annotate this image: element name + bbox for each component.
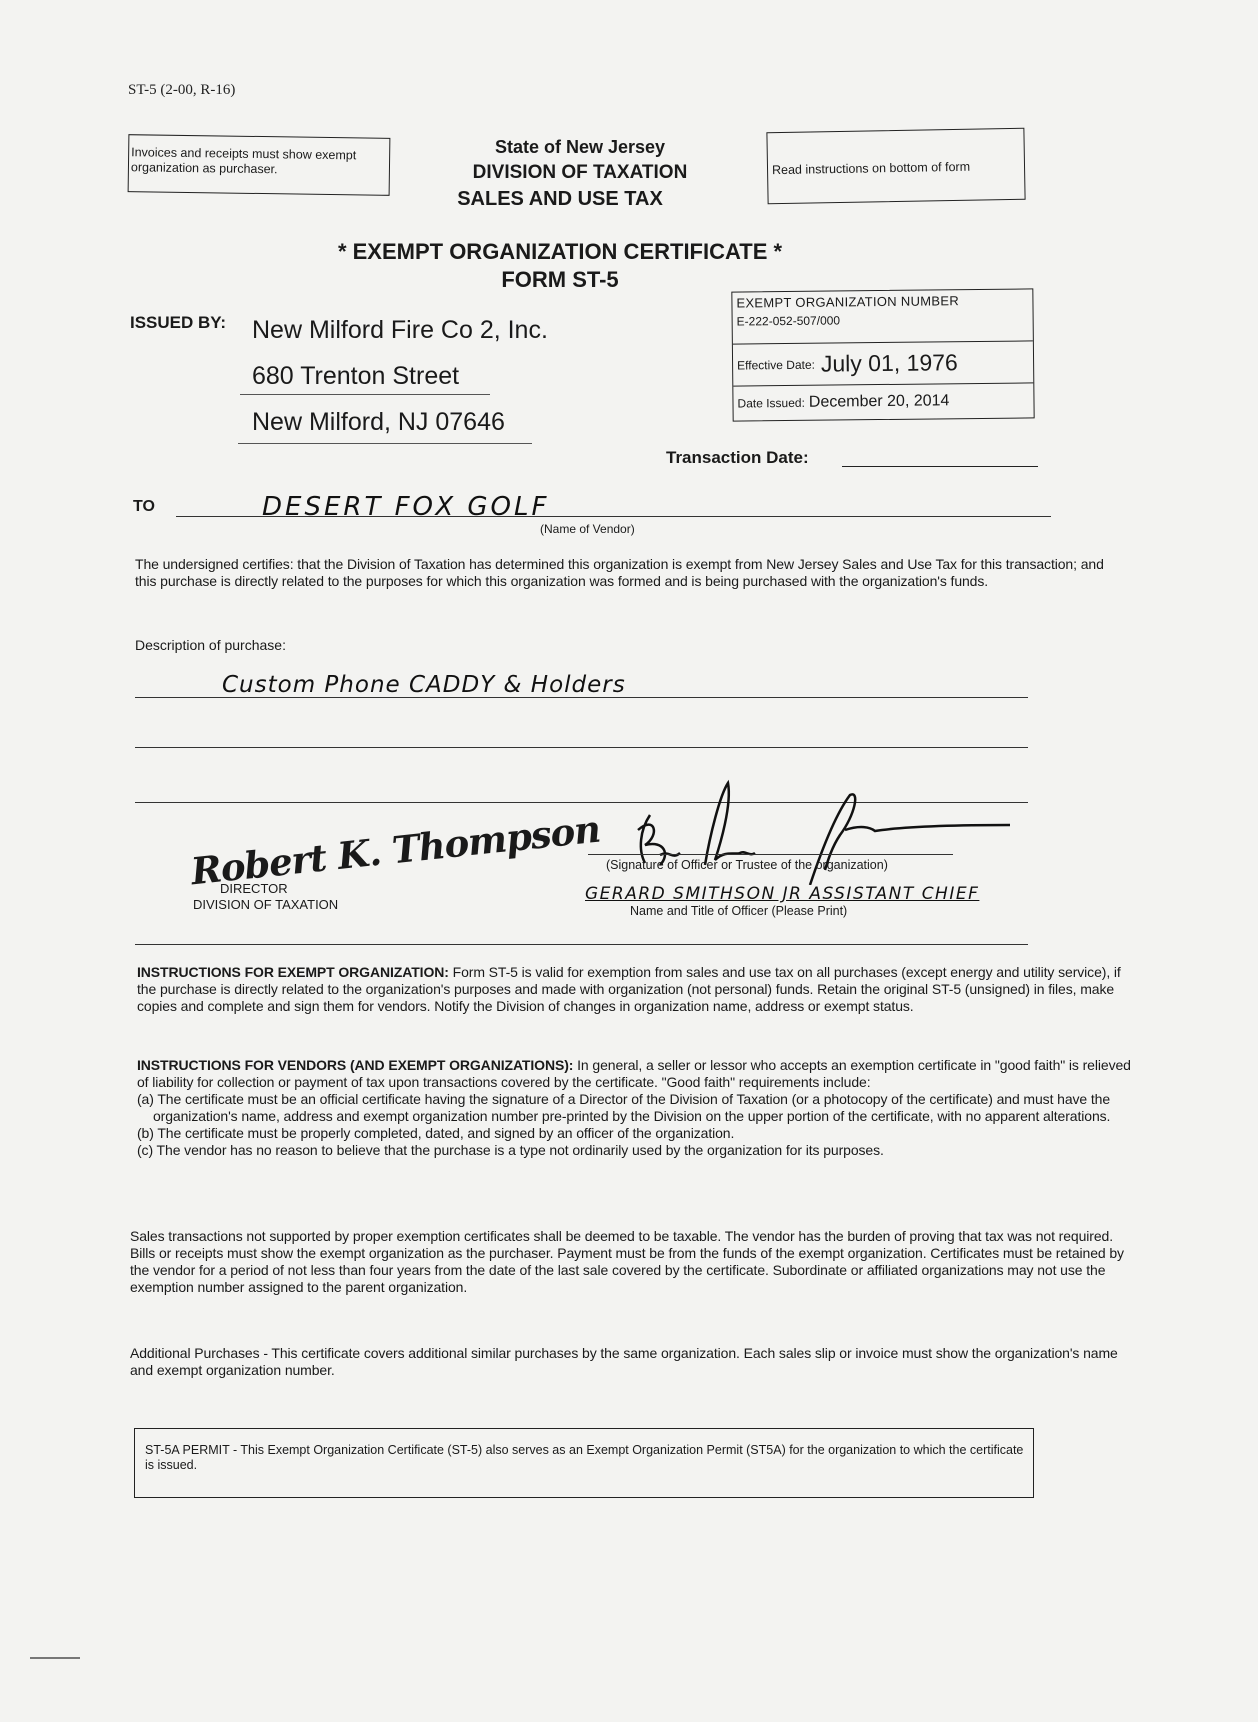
certification-text: The undersigned certifies: that the Divi… <box>135 556 1125 590</box>
vendor-name-line <box>176 516 1051 517</box>
tax-type: SALES AND USE TAX <box>390 186 730 212</box>
requirement-b: (b) The certificate must be properly com… <box>137 1125 1132 1142</box>
purchase-line-1 <box>135 697 1028 698</box>
st5a-permit-box: ST-5A PERMIT - This Exempt Organization … <box>134 1428 1034 1498</box>
note-instructions-box: Read instructions on bottom of form <box>766 128 1025 204</box>
date-issued-label: Date Issued: <box>737 396 805 411</box>
officer-name-caption: Name and Title of Officer (Please Print) <box>630 904 847 918</box>
scan-mark <box>30 1657 80 1659</box>
instructions-vendors: INSTRUCTIONS FOR VENDORS (AND EXEMPT ORG… <box>137 1057 1132 1159</box>
transaction-date-label: Transaction Date: <box>666 448 809 468</box>
effective-date-value: July 01, 1976 <box>821 349 958 377</box>
to-label: TO <box>133 498 155 516</box>
state-name: State of New Jersey <box>430 134 730 160</box>
date-issued-value: December 20, 2014 <box>809 392 950 411</box>
instructions-vendors-heading: INSTRUCTIONS FOR VENDORS (AND EXEMPT ORG… <box>137 1057 573 1073</box>
officer-signature-caption: (Signature of Officer or Trustee of the … <box>606 858 888 872</box>
officer-name-title-field[interactable]: GERARD SMITHSON JR ASSISTANT CHIEF <box>585 884 979 904</box>
purchase-description-label: Description of purchase: <box>135 637 286 653</box>
vendor-name-field[interactable]: DESERT FOX GOLF <box>262 492 549 522</box>
exempt-number-value: E-222-052-507/000 <box>737 311 1029 328</box>
agency-header: State of New Jersey DIVISION OF TAXATION… <box>430 134 730 212</box>
vendor-name-caption: (Name of Vendor) <box>540 522 635 536</box>
director-division: DIVISION OF TAXATION <box>193 897 338 912</box>
section-divider <box>135 944 1028 945</box>
purchase-description-field[interactable]: Custom Phone CADDY & Holders <box>222 672 626 698</box>
form-code: ST-5 (2-00, R-16) <box>128 82 235 99</box>
organization-street: 680 Trenton Street <box>252 362 459 391</box>
requirement-a: (a) The certificate must be an official … <box>137 1091 1132 1125</box>
organization-name: New Milford Fire Co 2, Inc. <box>252 316 548 345</box>
officer-signature-line <box>588 854 953 855</box>
date-issued-row: Date Issued: December 20, 2014 <box>733 383 1033 420</box>
effective-date-row: Effective Date: July 01, 1976 <box>733 341 1033 386</box>
director-title: DIRECTOR <box>220 881 288 896</box>
additional-purchases-text: Additional Purchases - This certificate … <box>130 1345 1135 1379</box>
issued-by-label: ISSUED BY: <box>130 313 226 333</box>
requirement-c: (c) The vendor has no reason to believe … <box>137 1142 1132 1159</box>
transaction-date-field[interactable] <box>842 466 1038 467</box>
purchase-line-2[interactable] <box>135 747 1028 748</box>
form-title: * EXEMPT ORGANIZATION CERTIFICATE * FORM… <box>280 238 840 294</box>
instructions-exempt-org-heading: INSTRUCTIONS FOR EXEMPT ORGANIZATION: <box>137 964 449 980</box>
instructions-exempt-org: INSTRUCTIONS FOR EXEMPT ORGANIZATION: Fo… <box>137 964 1132 1015</box>
division-name: DIVISION OF TAXATION <box>430 160 730 186</box>
exempt-number-box: EXEMPT ORGANIZATION NUMBER E-222-052-507… <box>731 288 1034 421</box>
effective-date-label: Effective Date: <box>737 357 815 372</box>
form-number: FORM ST-5 <box>280 266 840 294</box>
certificate-title: * EXEMPT ORGANIZATION CERTIFICATE * <box>280 238 840 266</box>
city-underline <box>238 443 532 444</box>
organization-city: New Milford, NJ 07646 <box>252 408 505 437</box>
sales-transactions-text: Sales transactions not supported by prop… <box>130 1228 1135 1296</box>
exempt-number-label: EXEMPT ORGANIZATION NUMBER <box>736 292 1028 310</box>
note-invoices-box: Invoices and receipts must show exempt o… <box>128 134 391 196</box>
exempt-number-row: EXEMPT ORGANIZATION NUMBER E-222-052-507… <box>732 289 1033 344</box>
street-underline <box>240 394 490 395</box>
